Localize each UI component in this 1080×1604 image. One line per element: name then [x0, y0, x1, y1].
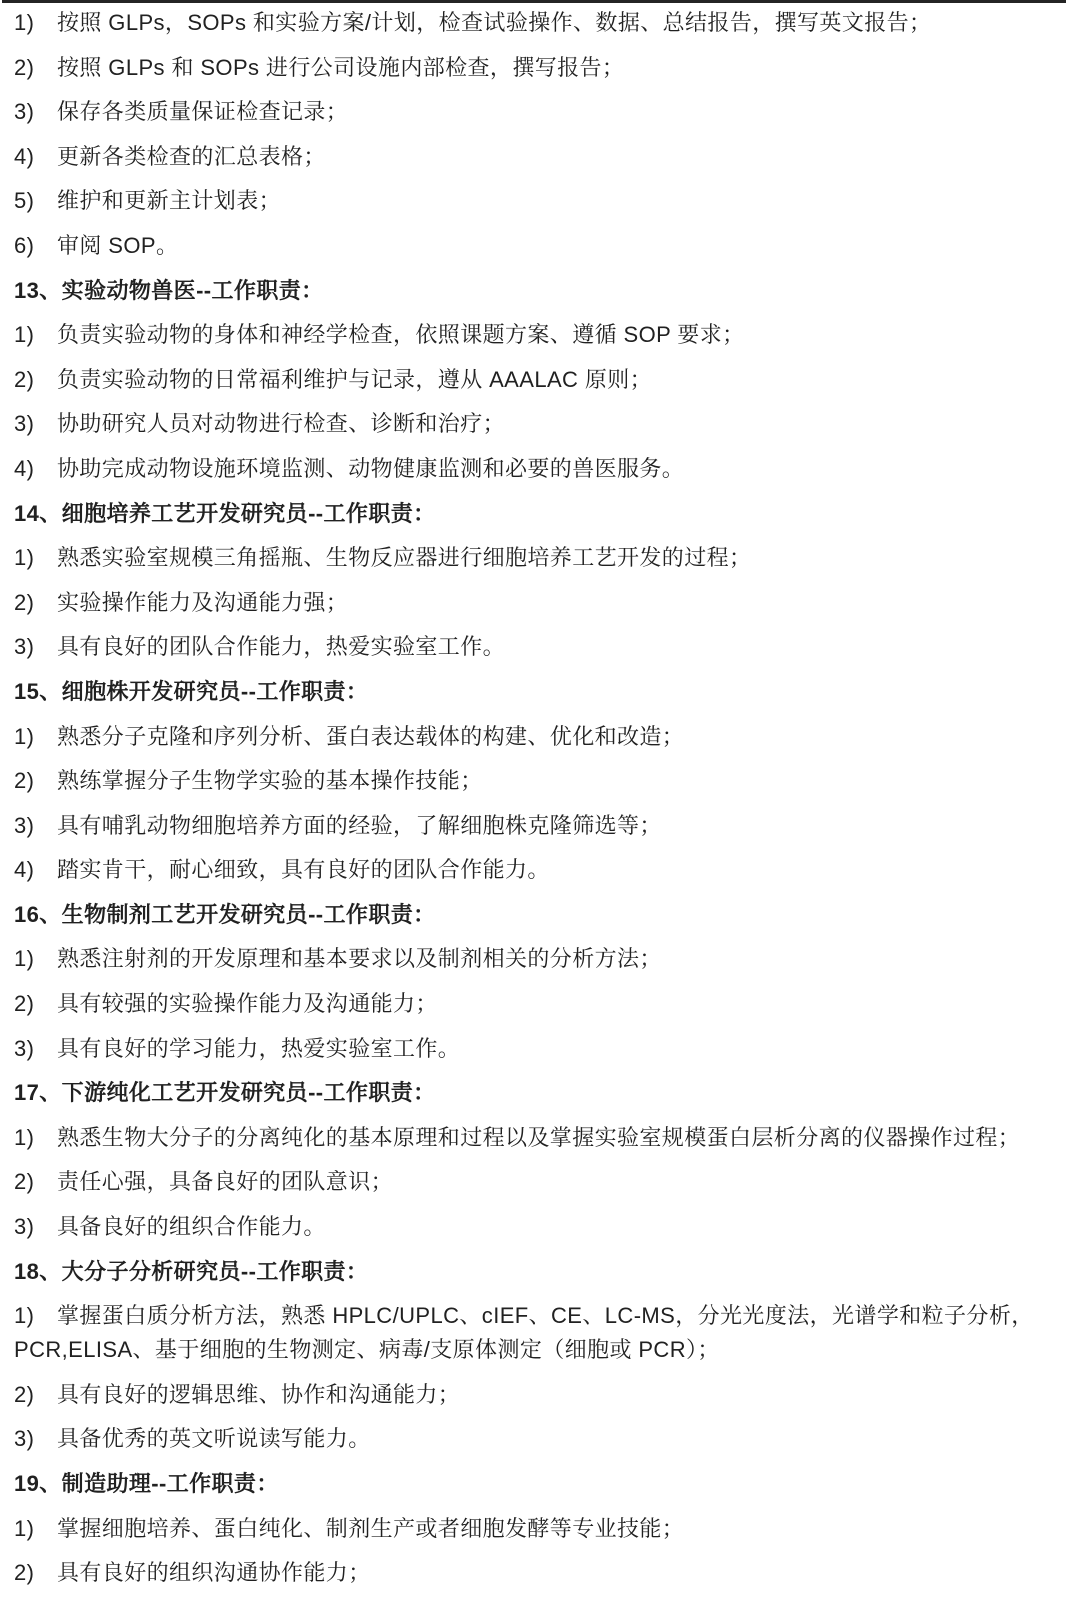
item-number: 4) — [14, 853, 57, 887]
item-text: 具有良好的组织沟通协作能力； — [57, 1560, 371, 1585]
section-heading: 15、细胞株开发研究员--工作职责： — [14, 675, 1056, 709]
item-text: 具有良好的学习能力，热爱实验室工作。 — [57, 1036, 460, 1061]
item-text: 熟悉注射剂的开发原理和基本要求以及制剂相关的分析方法； — [57, 946, 662, 971]
item-text: 保存各类质量保证检查记录； — [57, 99, 348, 124]
item-text: 踏实肯干，耐心细致，具有良好的团队合作能力。 — [57, 857, 550, 882]
item-text: 具备优秀的英文听说读写能力。 — [57, 1426, 371, 1451]
item-text: 按照 GLPs 和 SOPs 进行公司设施内部检查，撰写报告； — [57, 55, 624, 80]
list-item: 3)协助研究人员对动物进行检查、诊断和治疗； — [14, 407, 1056, 441]
section-heading: 14、细胞培养工艺开发研究员--工作职责： — [14, 497, 1056, 531]
list-item: 4)协助完成动物设施环境监测、动物健康监测和必要的兽医服务。 — [14, 452, 1056, 486]
item-text: 熟悉生物大分子的分离纯化的基本原理和过程以及掌握实验室规模蛋白层析分离的仪器操作… — [57, 1125, 1020, 1150]
list-item: 3)具有哺乳动物细胞培养方面的经验，了解细胞株克隆筛选等； — [14, 809, 1056, 843]
document-page: 1)按照 GLPs，SOPs 和实验方案/计划，检查试验操作、数据、总结报告，撰… — [0, 0, 1080, 1604]
item-number: 1) — [14, 1299, 57, 1333]
list-item: 1)熟悉生物大分子的分离纯化的基本原理和过程以及掌握实验室规模蛋白层析分离的仪器… — [14, 1121, 1056, 1155]
item-text: 具有良好的逻辑思维、协作和沟通能力； — [57, 1382, 460, 1407]
section-heading: 18、大分子分析研究员--工作职责： — [14, 1255, 1056, 1289]
item-text: 责任心强，具备良好的团队意识； — [57, 1169, 393, 1194]
list-item: 6)审阅 SOP。 — [14, 229, 1056, 263]
list-item: 1)负责实验动物的身体和神经学检查，依照课题方案、遵循 SOP 要求； — [14, 318, 1056, 352]
item-number: 5) — [14, 184, 57, 218]
list-item: 3)具有良好的团队合作能力，热爱实验室工作。 — [14, 630, 1056, 664]
item-number: 4) — [14, 140, 57, 174]
item-number: 4) — [14, 452, 57, 486]
item-text: 协助研究人员对动物进行检查、诊断和治疗； — [57, 411, 505, 436]
list-item: 1)掌握细胞培养、蛋白纯化、制剂生产或者细胞发酵等专业技能； — [14, 1512, 1056, 1546]
list-item: 4)踏实肯干，耐心细致，具有良好的团队合作能力。 — [14, 853, 1056, 887]
list-item: 1)掌握蛋白质分析方法，熟悉 HPLC/UPLC、cIEF、CE、LC-MS，分… — [14, 1299, 1056, 1367]
list-item: 2)熟练掌握分子生物学实验的基本操作技能； — [14, 764, 1056, 798]
item-number: 1) — [14, 1121, 57, 1155]
item-number: 2) — [14, 1378, 57, 1412]
list-item: 1)熟悉实验室规模三角摇瓶、生物反应器进行细胞培养工艺开发的过程； — [14, 541, 1056, 575]
item-number: 2) — [14, 1556, 57, 1590]
item-number: 3) — [14, 630, 57, 664]
item-number: 2) — [14, 586, 57, 620]
item-number: 1) — [14, 1512, 57, 1546]
list-item: 4)更新各类检查的汇总表格； — [14, 140, 1056, 174]
item-text: 具有哺乳动物细胞培养方面的经验，了解细胞株克隆筛选等； — [57, 813, 662, 838]
item-number: 3) — [14, 1210, 57, 1244]
item-number: 2) — [14, 1165, 57, 1199]
item-text: 具有较强的实验操作能力及沟通能力； — [57, 991, 438, 1016]
item-text: 掌握蛋白质分析方法，熟悉 HPLC/UPLC、cIEF、CE、LC-MS，分光光… — [14, 1303, 1034, 1362]
list-item: 1)熟悉分子克隆和序列分析、蛋白表达载体的构建、优化和改造； — [14, 720, 1056, 754]
list-item: 3)保存各类质量保证检查记录； — [14, 95, 1056, 129]
item-text: 掌握细胞培养、蛋白纯化、制剂生产或者细胞发酵等专业技能； — [57, 1516, 684, 1541]
item-text: 熟悉实验室规模三角摇瓶、生物反应器进行细胞培养工艺开发的过程； — [57, 545, 751, 570]
item-text: 实验操作能力及沟通能力强； — [57, 590, 348, 615]
list-item: 2)按照 GLPs 和 SOPs 进行公司设施内部检查，撰写报告； — [14, 51, 1056, 85]
item-number: 2) — [14, 764, 57, 798]
section-heading: 16、生物制剂工艺开发研究员--工作职责： — [14, 898, 1056, 932]
item-text: 维护和更新主计划表； — [57, 188, 281, 213]
item-number: 1) — [14, 541, 57, 575]
item-text: 审阅 SOP。 — [57, 233, 178, 258]
item-number: 2) — [14, 51, 57, 85]
item-text: 按照 GLPs，SOPs 和实验方案/计划，检查试验操作、数据、总结报告，撰写英… — [57, 10, 931, 35]
list-item: 3)具有良好的学习能力，热爱实验室工作。 — [14, 1032, 1056, 1066]
item-number: 3) — [14, 1032, 57, 1066]
item-text: 具有良好的团队合作能力，热爱实验室工作。 — [57, 634, 505, 659]
cropped-top-edge-line — [2, 0, 1066, 3]
list-item: 2)具有较强的实验操作能力及沟通能力； — [14, 987, 1056, 1021]
item-text: 协助完成动物设施环境监测、动物健康监测和必要的兽医服务。 — [57, 456, 684, 481]
item-number: 3) — [14, 809, 57, 843]
list-item: 2)责任心强，具备良好的团队意识； — [14, 1165, 1056, 1199]
item-number: 6) — [14, 229, 57, 263]
section-heading: 19、制造助理--工作职责： — [14, 1467, 1056, 1501]
list-item: 5)维护和更新主计划表； — [14, 184, 1056, 218]
item-number: 1) — [14, 942, 57, 976]
item-text: 具备良好的组织合作能力。 — [57, 1214, 326, 1239]
list-item: 3)具备优秀的英文听说读写能力。 — [14, 1422, 1056, 1456]
item-text: 负责实验动物的日常福利维护与记录，遵从 AAALAC 原则； — [57, 367, 652, 392]
item-number: 3) — [14, 95, 57, 129]
item-number: 2) — [14, 987, 57, 1021]
section-heading: 17、下游纯化工艺开发研究员--工作职责： — [14, 1076, 1056, 1110]
list-item: 2)具有良好的逻辑思维、协作和沟通能力； — [14, 1378, 1056, 1412]
item-number: 3) — [14, 407, 57, 441]
item-number: 2) — [14, 363, 57, 397]
item-text: 熟练掌握分子生物学实验的基本操作技能； — [57, 768, 483, 793]
item-number: 1) — [14, 318, 57, 352]
list-item: 2)具有良好的组织沟通协作能力； — [14, 1556, 1056, 1590]
item-number: 1) — [14, 720, 57, 754]
list-item: 2)负责实验动物的日常福利维护与记录，遵从 AAALAC 原则； — [14, 363, 1056, 397]
item-text: 更新各类检查的汇总表格； — [57, 144, 326, 169]
list-item: 3)具备良好的组织合作能力。 — [14, 1210, 1056, 1244]
list-item: 1)按照 GLPs，SOPs 和实验方案/计划，检查试验操作、数据、总结报告，撰… — [14, 6, 1056, 40]
item-text: 熟悉分子克隆和序列分析、蛋白表达载体的构建、优化和改造； — [57, 724, 684, 749]
list-item: 2)实验操作能力及沟通能力强； — [14, 586, 1056, 620]
item-number: 1) — [14, 6, 57, 40]
section-heading: 13、实验动物兽医--工作职责： — [14, 274, 1056, 308]
item-text: 负责实验动物的身体和神经学检查，依照课题方案、遵循 SOP 要求； — [57, 322, 745, 347]
item-number: 3) — [14, 1422, 57, 1456]
list-item: 1)熟悉注射剂的开发原理和基本要求以及制剂相关的分析方法； — [14, 942, 1056, 976]
